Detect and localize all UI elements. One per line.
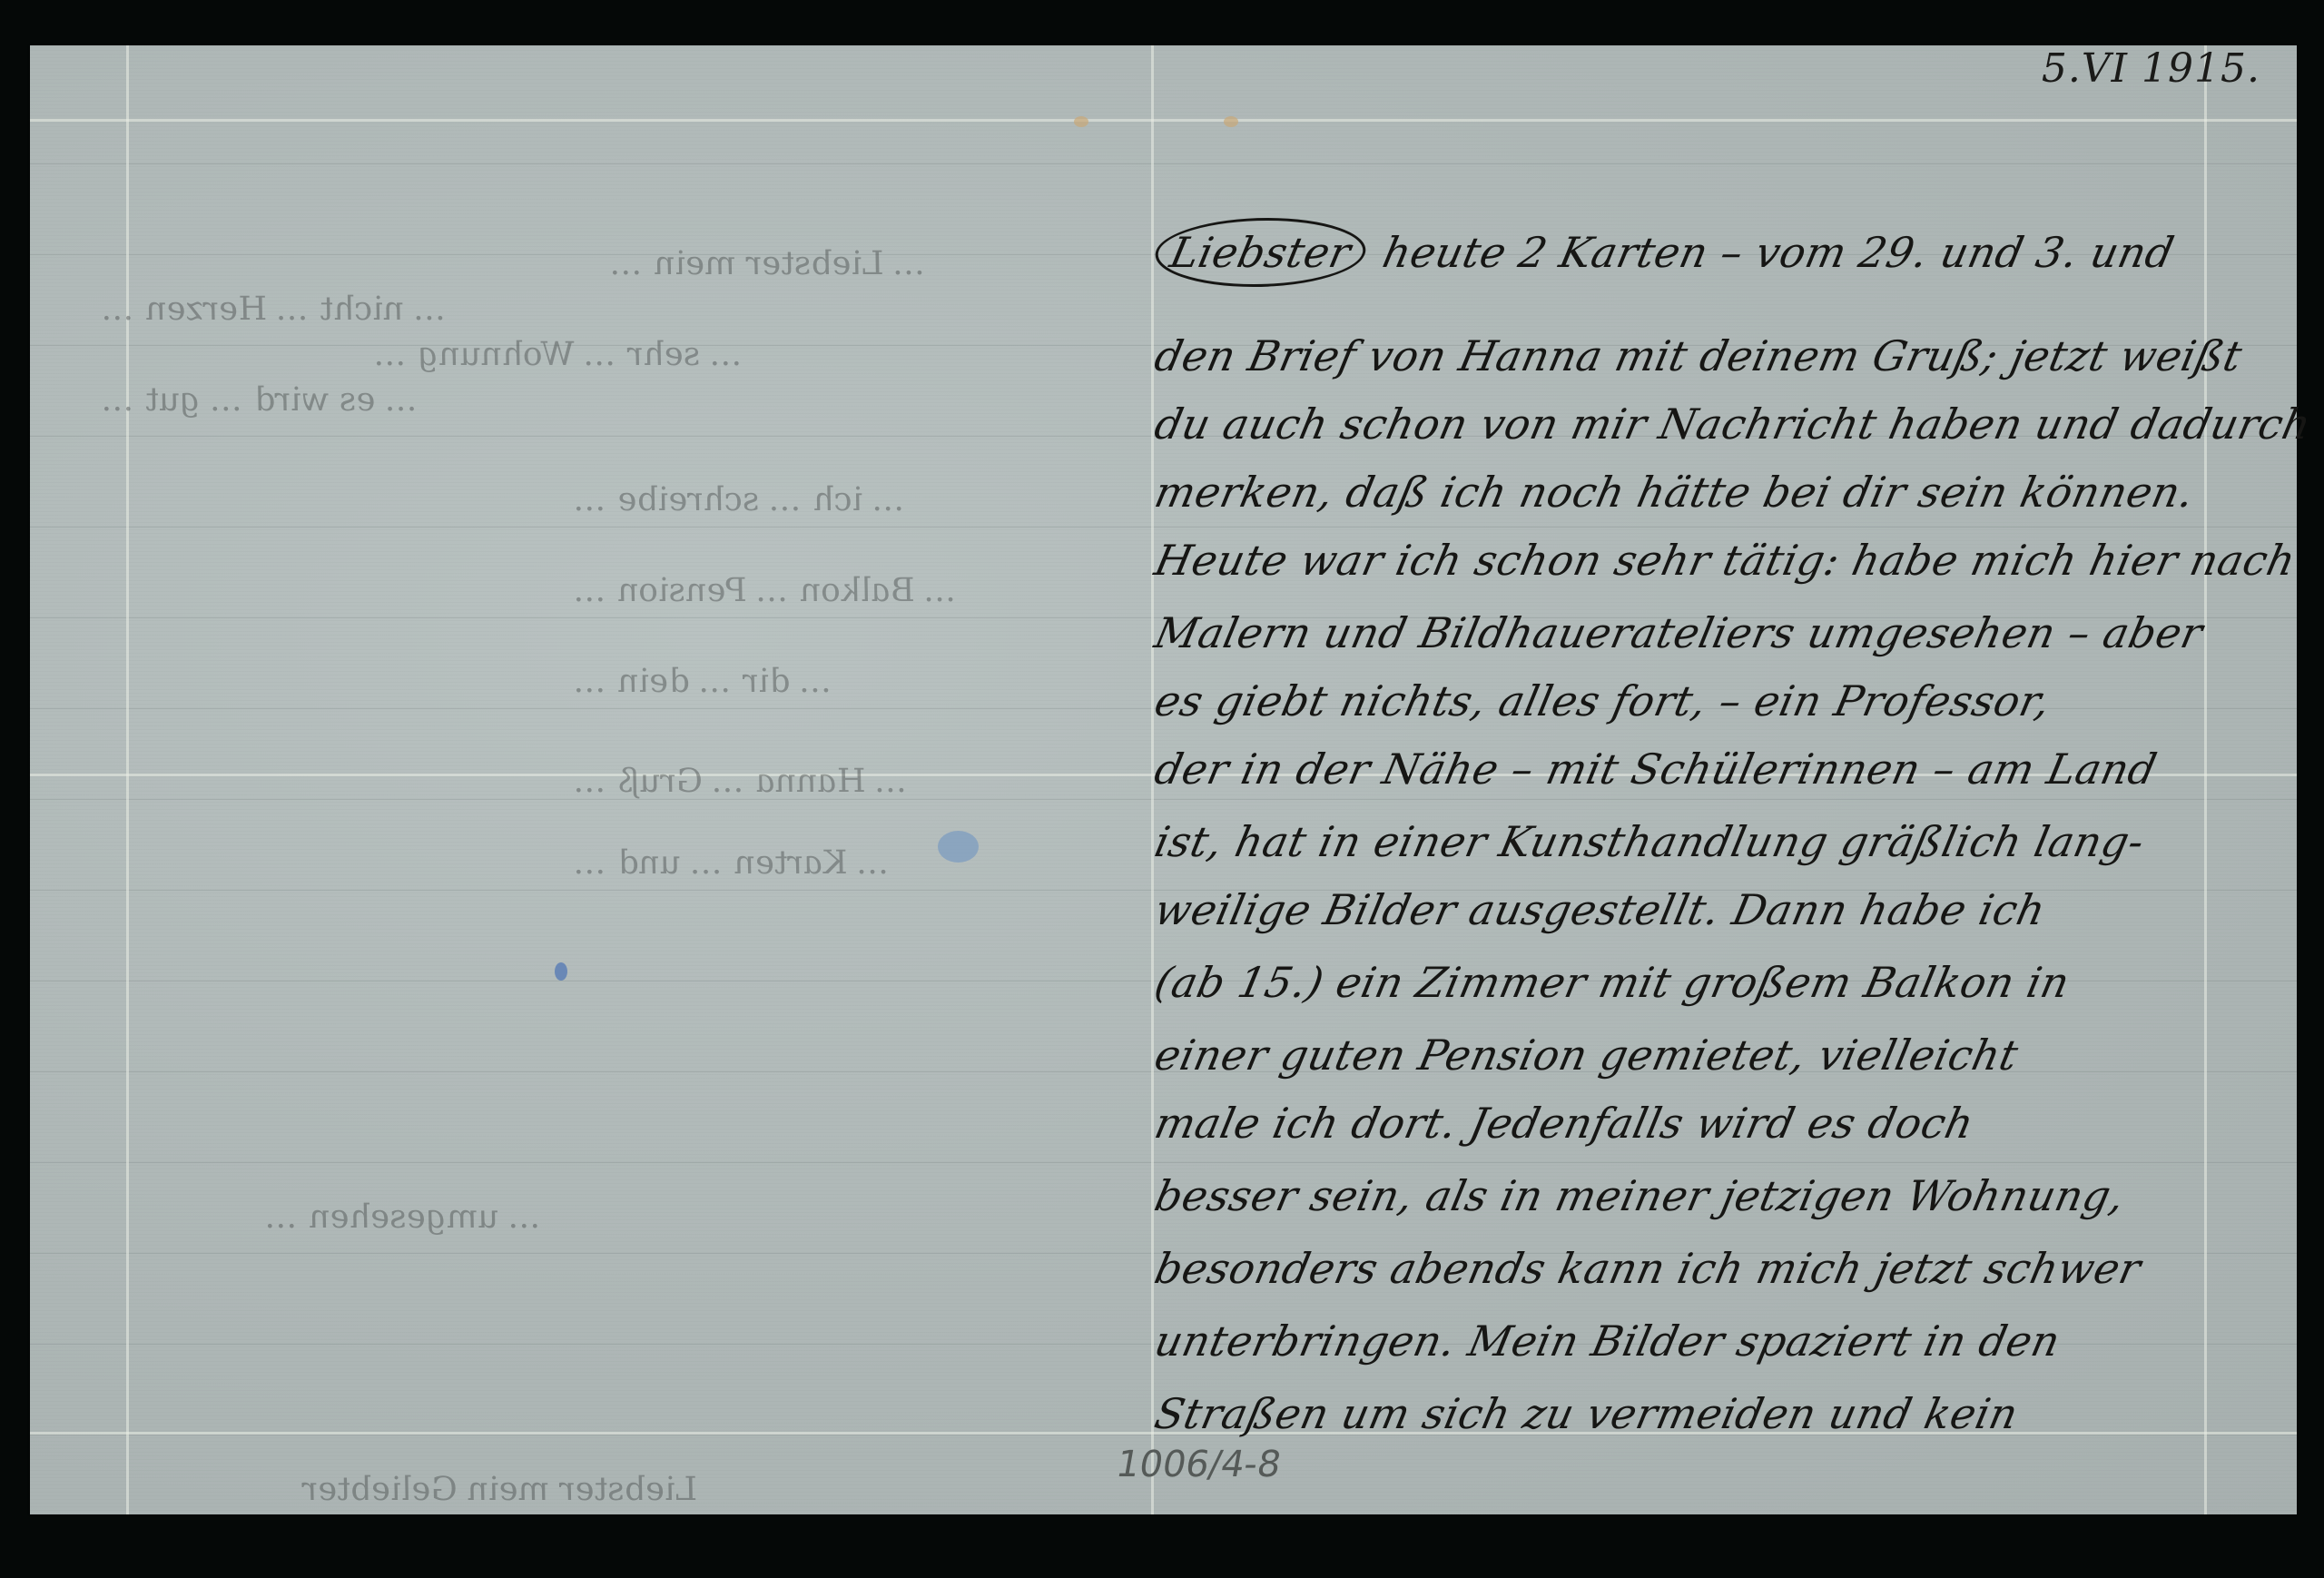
ghost-line: … ich … schreibe … [571, 481, 909, 518]
ghost-line: … sehr … Wohnung … [371, 336, 746, 373]
fold-crease-vertical [2204, 45, 2207, 1514]
circled-salutation: Liebster [1148, 218, 1373, 287]
letter-line: Malern und Bildhauerateliers umgesehen –… [1150, 608, 2207, 657]
ghost-line: … Balkon … Pension … [571, 572, 960, 609]
letter-line: den Brief von Hanna mit deinem Gruß; jet… [1150, 331, 2246, 380]
letter-line: einer guten Pension gemietet, vielleicht [1150, 1031, 2023, 1080]
letter-line: male ich dort. Jedenfalls wird es doch [1150, 1099, 1978, 1148]
ghost-line: … es wird … gut … [99, 381, 422, 419]
ruled-line [30, 799, 2297, 800]
letter-line: besser sein, als in meiner jetzigen Wohn… [1150, 1171, 2129, 1220]
ruled-line [30, 1162, 2297, 1163]
letter-line: Heute war ich schon sehr tätig: habe mic… [1150, 536, 2299, 585]
letter-sheet: 5.VI 1915. … Liebster mein … … nicht … H… [30, 45, 2297, 1514]
letter-line: unterbringen. Mein Bilder spaziert in de… [1150, 1317, 2064, 1366]
rust-stain [1074, 116, 1088, 127]
letter-line: Straßen um sich zu vermeiden und kein [1150, 1389, 2023, 1438]
rust-stain [1224, 116, 1238, 127]
ghost-line: … Karten … und … [571, 844, 893, 882]
ghost-line: … Hanna … Gruß … [571, 763, 911, 800]
letter-line: du auch schon von mir Nachricht haben un… [1150, 399, 2315, 449]
letter-date: 5.VI 1915. [2042, 45, 2260, 92]
letter-line: der in der Nähe – mit Schülerinnen – am … [1150, 745, 2161, 794]
ruled-line [30, 163, 2297, 164]
letter-line: besonders abends kann ich mich jetzt sch… [1150, 1244, 2145, 1293]
ghost-line: … dir … dein … [571, 663, 836, 700]
ghost-line: … nicht … Herzen … [99, 291, 450, 328]
letter-line: ist, hat in einer Kunsthandlung gräßlich… [1150, 817, 2149, 866]
fold-crease-horizontal [30, 119, 2297, 122]
ruled-line [30, 527, 2297, 528]
letter-line-1: Liebsterheute 2 Karten – vom 29. und 3. … [1148, 218, 2181, 287]
blue-ink-spot [555, 962, 567, 981]
letter-line: merken, daß ich noch hätte bei dir sein … [1150, 468, 2199, 517]
letter-line: es giebt nichts, alles fort, – ein Profe… [1150, 676, 2054, 725]
ghost-bottom-text: Liebster mein Geliebter [299, 1471, 700, 1508]
ghost-line: … umgesehen … [262, 1198, 545, 1236]
fold-crease-vertical [126, 45, 129, 1514]
blue-ink-spot [938, 831, 979, 863]
archive-number: 1006/4-8 [1113, 1444, 1285, 1485]
letter-line: weilige Bilder ausgestellt. Dann habe ic… [1150, 885, 2050, 934]
letter-line: (ab 15.) ein Zimmer mit großem Balkon in [1150, 958, 2073, 1007]
ghost-line: … Liebster mein … [607, 245, 930, 282]
